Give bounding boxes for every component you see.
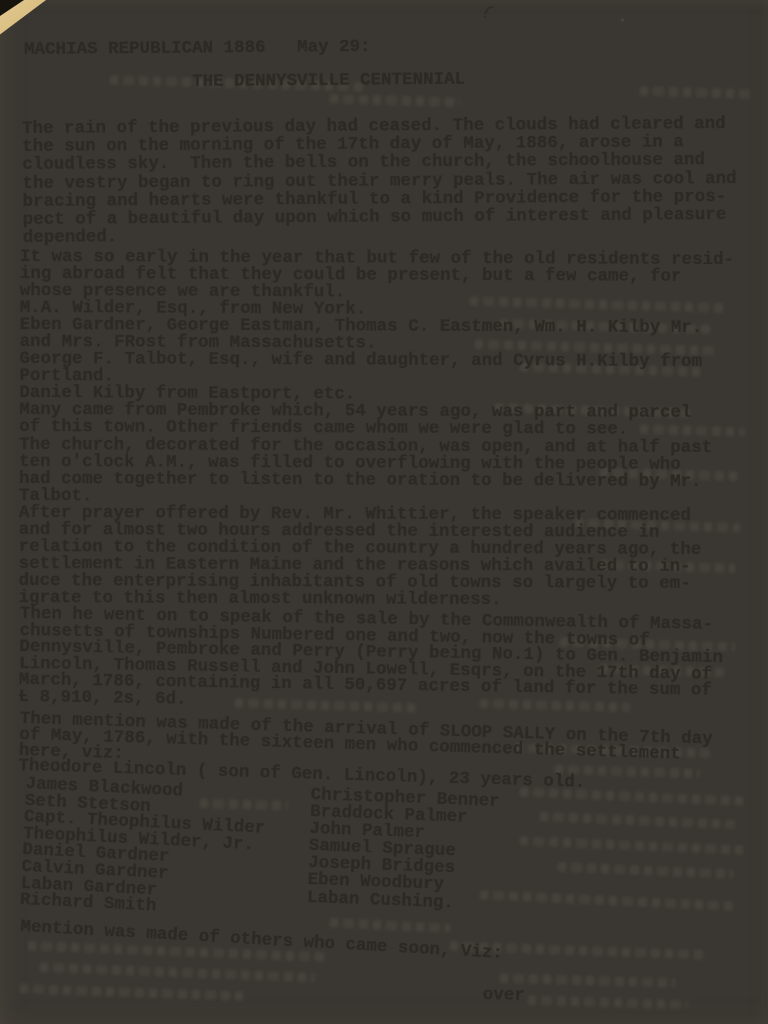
paragraph-attendees: It was so early in the year that but few… [18,249,734,610]
paper-fleck [621,19,624,21]
page-turn-note: over [483,985,525,1006]
page-title: THE DENNYSVILLE CENTENNIAL [192,70,465,92]
masthead-line: MACHIAS REPUBLICAN 1886 May 29: [24,37,371,60]
settlers-list-right-column: Christopher Benner Braddock Palmer John … [307,787,500,914]
paragraph-land-sale: Then he went on to speak of the sale by … [18,606,723,717]
paragraph-intro: The rain of the previous day had ceased.… [22,115,737,247]
scanned-page: MACHIAS REPUBLICAN 1886 May 29: THE DENN… [0,0,768,1024]
ink-scribble-mark [481,3,498,26]
settlers-list-left-column: James Blackwood Seth Stetson Capt. Theop… [20,776,268,920]
